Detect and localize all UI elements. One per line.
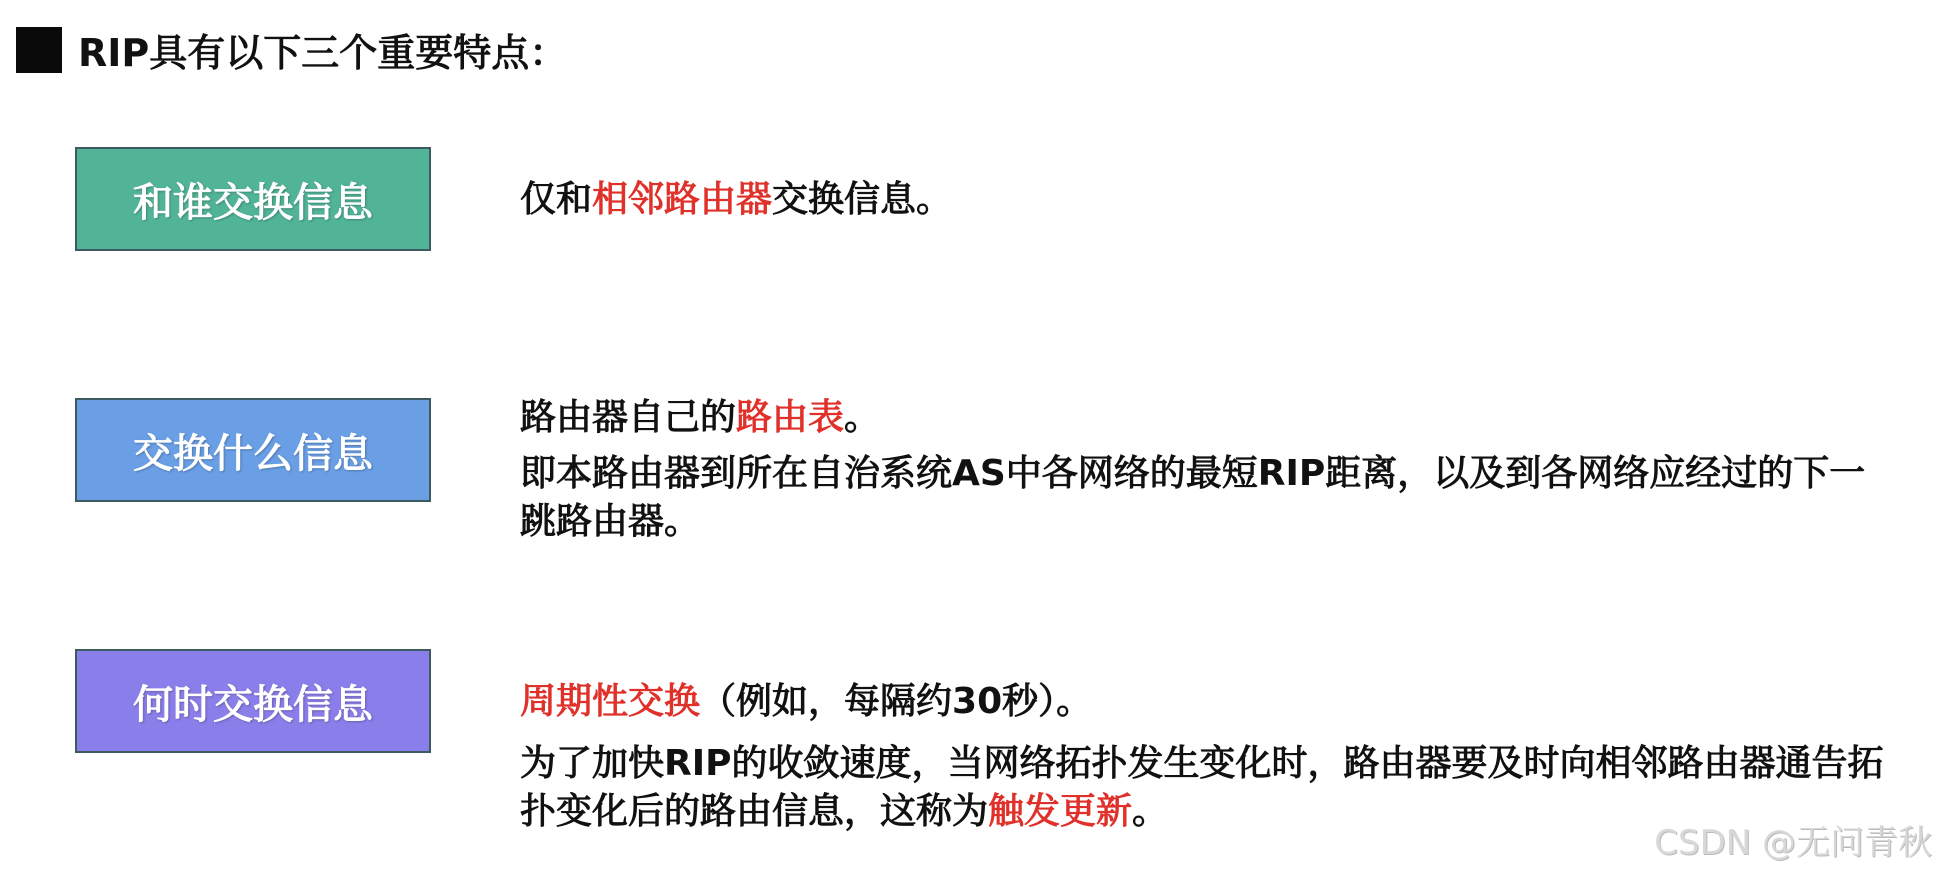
text: 路由器自己的 [520,397,736,438]
label-who-exchange: 和谁交换信息 [75,147,431,251]
text: 交换信息。 [772,179,952,220]
text: 仅和 [520,179,592,220]
desc-who-exchange: 仅和相邻路由器交换信息。 [520,176,1900,224]
title-text: RIP具有以下三个重要特点： [78,22,567,77]
label-text: 和谁交换信息 [133,171,373,228]
label-text: 何时交换信息 [133,673,373,730]
desc-line: 周期性交换（例如，每隔约30秒）。 [520,678,1900,726]
highlight-text: 相邻路由器 [592,179,772,220]
label-what-exchange: 交换什么信息 [75,398,431,502]
desc-what-exchange: 路由器自己的路由表。 即本路由器到所在自治系统AS中各网络的最短RIP距离，以及… [520,394,1900,546]
desc-line: 仅和相邻路由器交换信息。 [520,176,1900,224]
highlight-text: 路由表 [736,397,844,438]
text: 。 [844,397,880,438]
text: 。 [1132,791,1168,832]
desc-line: 路由器自己的路由表。 [520,394,1900,442]
highlight-text: 触发更新 [988,791,1132,832]
desc-line: 即本路由器到所在自治系统AS中各网络的最短RIP距离，以及到各网络应经过的下一跳… [520,450,1900,546]
label-text: 交换什么信息 [133,422,373,479]
label-when-exchange: 何时交换信息 [75,649,431,753]
bullet-square-icon [16,27,62,73]
watermark: CSDN @无问青秋 [1654,815,1932,864]
highlight-text: 周期性交换 [520,681,700,722]
text: （例如，每隔约30秒）。 [700,681,1092,722]
slide-title: RIP具有以下三个重要特点： [16,22,567,77]
desc-when-exchange: 周期性交换（例如，每隔约30秒）。 为了加快RIP的收敛速度，当网络拓扑发生变化… [520,678,1900,836]
